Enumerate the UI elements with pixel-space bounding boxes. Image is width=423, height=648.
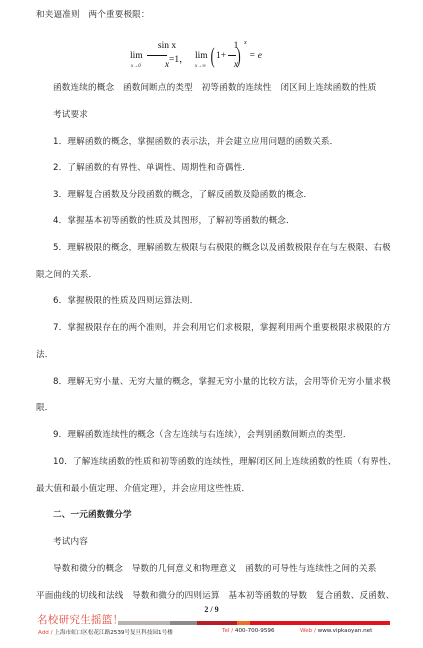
section-label: 考试要求 — [53, 109, 88, 121]
list-item: 9．理解函数连续性的概念（含左连续与右连续），会判别函数间断点的类型． — [53, 429, 352, 441]
text-line: 函数连续的概念 函数间断点的类型 初等函数的连续性 闭区间上连续函数的性质 — [53, 82, 377, 94]
limit-subscript: x→0 — [131, 64, 141, 69]
limit-formula: lim x→0 sin x x =1， lim x→∞ ( 1+ 1 x ) x… — [130, 40, 270, 74]
limit-subscript: x→∞ — [195, 64, 206, 69]
footer-web: Web / www.vipkaoyan.net — [300, 628, 372, 634]
text-line: 导数和微分的概念 导数的几何意义和物理意义 函数的可导性与连续性之间的关系 — [53, 563, 377, 575]
footer-bar-segment — [250, 621, 390, 625]
fraction-bar — [147, 55, 167, 56]
equals-one: =1， — [169, 51, 189, 65]
footer-bar-segment — [118, 621, 170, 625]
list-item: 10．了解连续函数的性质和初等函数的连续性，理解闭区间上连续函数的性质（有界性、 — [53, 456, 397, 468]
list-item: 3．理解复合函数及分段函数的概念，了解反函数及隐函数的概念． — [53, 189, 312, 201]
right-paren: ) — [237, 43, 241, 69]
section-heading: 二、一元函数微分学 — [53, 509, 132, 521]
footer-address: Add / 上海市虹口区松花江路2539号复旦科技园1号楼 — [38, 628, 173, 636]
fraction: sin x x — [147, 40, 167, 74]
tel-number: 400-700-9596 — [235, 628, 275, 634]
list-item: 1．理解函数的概念，掌握函数的表示法，并会建立应用问题的函数关系． — [53, 136, 338, 148]
one-plus: 1+ — [216, 51, 226, 61]
text-line: 平面曲线的切线和法线 导数和微分的四则运算 基本初等函数的导数 复合函数、反函数… — [36, 590, 395, 602]
document-page: 和夹逼准则 两个重要极限： lim x→0 sin x x =1， lim x→… — [0, 0, 423, 648]
list-item: 4．掌握基本初等函数的性质及其图形，了解初等函数的概念． — [53, 215, 295, 227]
list-item: 7．掌握极限存在的两个准则，并会利用它们求极限，掌握利用两个重要极限求极限的方 — [53, 322, 391, 334]
list-item-continued: 最大值和最小值定理、介值定理），并会应用这些性质． — [36, 483, 250, 495]
fraction: 1 x — [228, 40, 236, 74]
list-item: 2．了解函数的有界性、单调性、周期性和奇偶性． — [53, 162, 251, 174]
list-item-continued: 限之间的关系． — [36, 269, 97, 281]
text-line: 和夹逼准则 两个重要极限： — [36, 9, 150, 21]
section-label: 考试内容 — [53, 536, 88, 548]
numerator: sin x — [157, 41, 177, 51]
list-item: 6．掌握极限的性质及四则运算法则． — [53, 295, 199, 307]
lim-symbol: lim — [130, 51, 143, 61]
footer-brand-slogan: 名校研究生摇篮！ — [37, 612, 123, 627]
lim-symbol: lim — [195, 51, 208, 61]
left-paren: ( — [211, 43, 215, 69]
footer-bar-segment — [170, 621, 197, 625]
address-label: Add / — [38, 630, 53, 636]
fraction-bar — [228, 55, 236, 56]
footer-bar-segment — [237, 621, 250, 625]
footer-tel: Tel / 400-700-9596 — [222, 628, 275, 634]
list-item: 8．理解无穷小量、无穷大量的概念，掌握无穷小量的比较方法，会用等价无穷小量求极 — [53, 376, 391, 388]
exponent: x — [244, 40, 247, 46]
web-label: Web / — [300, 628, 316, 634]
address-text: 上海市虹口区松花江路2539号复旦科技园1号楼 — [54, 630, 172, 636]
list-item-continued: 法． — [36, 349, 54, 361]
equals-e: = e — [249, 51, 262, 61]
list-item-continued: 限． — [36, 402, 54, 414]
tel-label: Tel / — [222, 628, 233, 634]
list-item: 5．理解极限的概念，理解函数左极限与右极限的概念以及函数极限存在与左极限、右极 — [53, 242, 391, 254]
web-link[interactable]: www.vipkaoyan.net — [318, 628, 373, 634]
footer-bar-segment — [197, 621, 237, 625]
